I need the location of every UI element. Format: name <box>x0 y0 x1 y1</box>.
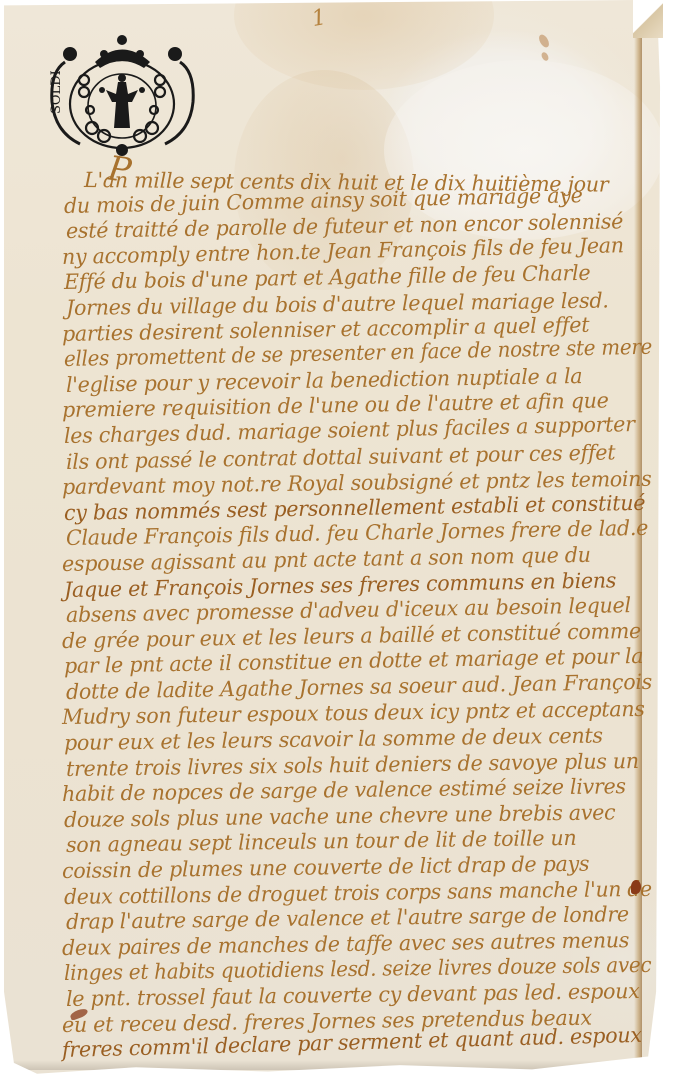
seal-emblem-icon: SOLDI <box>40 32 205 162</box>
tax-stamp-seal: SOLDI <box>40 32 205 162</box>
ink-drops <box>540 34 548 61</box>
water-stain-top <box>234 0 494 90</box>
svg-text:SOLDI: SOLDI <box>49 70 64 114</box>
handwritten-text-body: L'an mille sept cents dix huit et le dix… <box>62 168 662 1064</box>
ink-blot <box>631 880 641 894</box>
folded-corner <box>633 0 663 38</box>
